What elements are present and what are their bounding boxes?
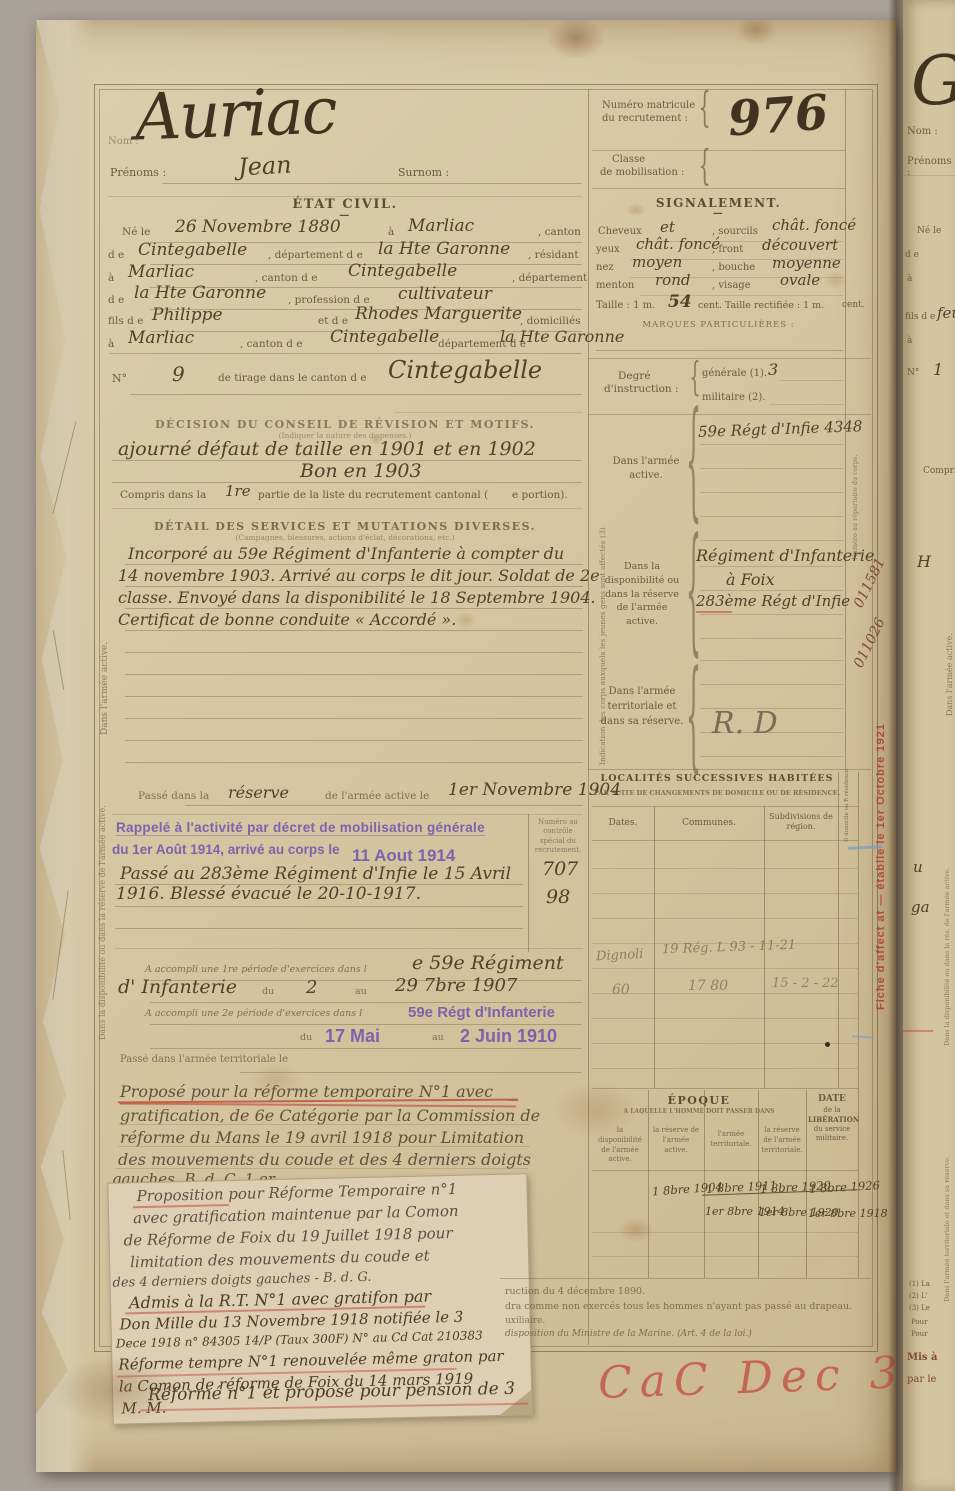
rule	[700, 684, 843, 685]
periode2-debut-stamp: 17 Mai	[325, 1026, 380, 1047]
nez-value: moyen	[632, 253, 682, 271]
rule	[125, 740, 583, 741]
residant-label: , résidant	[528, 249, 579, 261]
sourcils-value: chât. foncé	[772, 216, 856, 234]
rule	[700, 660, 843, 661]
departement-label: , département	[512, 272, 587, 284]
compris-value: 1re	[225, 482, 251, 500]
localites-title: LOCALITÉS SUCCESSIVES HABITÉES	[592, 773, 842, 784]
pencil-note3: 60	[612, 982, 630, 998]
date-header4: du service	[808, 1125, 856, 1133]
rule	[118, 1124, 530, 1125]
rule	[592, 893, 858, 894]
de-label: d e	[108, 294, 124, 306]
next-side-territoriale: Dans l'armée territoriale et dans sa rés…	[943, 1156, 951, 1302]
epoque-col4: la réserve de l'armée territoriale.	[760, 1126, 804, 1155]
tirage-label: de tirage dans le canton d e	[218, 372, 367, 384]
rule	[240, 1072, 582, 1073]
next-compris: Compri	[923, 466, 955, 476]
compris-label: Compris dans la	[120, 489, 206, 501]
col-subdivisions: Subdivisions de région.	[766, 812, 836, 833]
au-label: au	[432, 1032, 444, 1043]
rule	[592, 806, 858, 807]
rule	[112, 508, 582, 509]
compris-label3: e portion).	[512, 489, 568, 501]
menton-label: menton	[596, 280, 634, 291]
next-a: à	[907, 274, 912, 284]
compris-label2: partie de la liste du recrutement canton…	[258, 489, 488, 501]
instruction-militaire-label: militaire (2).	[702, 392, 765, 403]
date-header2: de la	[808, 1106, 856, 1114]
matricule-value: 976	[726, 85, 830, 148]
rule	[125, 762, 583, 763]
decision-line2: Bon en 1903	[300, 460, 422, 482]
next-nom-label: Nom :	[907, 126, 938, 137]
canton-label: , canton	[538, 226, 581, 238]
rule	[125, 718, 583, 719]
armee-active-label: Dans l'armée active.	[608, 455, 684, 483]
reforme-line3: réforme du Mans le 19 avril 1918 pour Li…	[120, 1128, 524, 1147]
rule	[125, 652, 583, 653]
dispo-corps3: 283ème Régt d'Infie	[696, 592, 850, 610]
periode1-infanterie: d' Infanterie	[118, 976, 237, 998]
yeux-value: chât. foncé	[636, 235, 720, 253]
residence: Marliac	[128, 262, 194, 282]
rule	[700, 638, 843, 639]
front-label: , front	[712, 244, 743, 255]
col-domicile-residence: D domicile ou R résidence.	[844, 767, 850, 842]
nez-label: nez	[596, 262, 614, 273]
a-label: à	[108, 338, 114, 350]
passe-label2: de l'armée active le	[325, 790, 429, 802]
footer-line4: disposition du Ministre de la Marine. (A…	[505, 1329, 752, 1339]
rule	[185, 805, 583, 806]
rule	[838, 772, 839, 1088]
brace: {	[686, 648, 701, 788]
residence-canton: Cintegabelle	[348, 261, 457, 281]
rule	[115, 948, 583, 949]
rule	[592, 188, 845, 189]
localites-subtitle: PAR SUITE DE CHANGEMENTS DE DOMICILE OU …	[592, 789, 842, 797]
next-pour2: Pour	[911, 1330, 928, 1338]
domicile-canton: Cintegabelle	[330, 327, 439, 347]
territoriale-corps-label: Dans l'armée territoriale et dans sa rés…	[600, 684, 684, 729]
reforme-line2: gratification, de 6e Catégorie par la Co…	[120, 1106, 540, 1125]
taille-value: 54	[668, 292, 692, 312]
next-hw-fragment: u	[913, 858, 923, 876]
column-divider	[588, 89, 589, 1345]
rule	[648, 1090, 649, 1278]
rule	[592, 1043, 858, 1044]
services-line2: 14 novembre 1903. Arrivé au corps le dit…	[118, 566, 600, 585]
a-label: à	[388, 226, 394, 238]
periode1-label: A accompli une 1re période d'exercices d…	[145, 964, 367, 975]
no-label: N°	[112, 372, 127, 385]
next-fils: fils d e	[905, 312, 935, 322]
reforme-line1: Proposé pour la réforme temporaire N°1 a…	[120, 1082, 493, 1101]
rule	[592, 918, 858, 919]
residence-dept: la Hte Garonne	[134, 283, 266, 303]
cheveux-value: et	[660, 218, 675, 236]
rule	[150, 1002, 582, 1003]
next-page-strip: G Nom : Prénoms : Né le d e à fils d e f…	[903, 0, 955, 1491]
rule	[588, 769, 871, 770]
matricule-label: Numéro matricule	[602, 100, 695, 111]
rule	[528, 814, 529, 952]
rule	[780, 380, 843, 381]
rule	[770, 404, 843, 405]
du-label: du	[300, 1032, 312, 1043]
controle-header: Numéro au contrôle spécial du recrutemen…	[530, 818, 586, 856]
birth-dept: la Hte Garonne	[378, 239, 510, 259]
birth-canton: Cintegabelle	[138, 240, 247, 260]
territoriale-value: R. D	[712, 706, 778, 741]
note-line5: des 4 derniers doigts gauches - B. d. G.	[112, 1270, 371, 1291]
tirage-canton: Cintegabelle	[388, 356, 542, 384]
rule	[592, 1018, 858, 1019]
cent-label: cent.	[842, 300, 865, 310]
rule	[700, 614, 843, 615]
fiche-stamp: Fiche d'affect at — établie le 1er Octob…	[875, 723, 887, 1010]
epoque-col3: l'armée territoriale.	[706, 1130, 756, 1150]
next-pour1: Pour	[911, 1318, 928, 1326]
epoque-col2: la réserve de l'armée active.	[650, 1126, 702, 1155]
footer-line1: ruction du 4 décembre 1890.	[505, 1286, 645, 1297]
du-label: du	[262, 986, 274, 997]
rule	[700, 516, 843, 517]
ink-dot	[825, 1042, 830, 1047]
instruction-generale-value: 3	[768, 360, 778, 379]
rule	[700, 540, 843, 541]
classe-label: Classe	[612, 154, 645, 165]
next-a2: à	[907, 336, 912, 346]
next-footnote2: (2) L'	[909, 1292, 928, 1300]
rule	[130, 394, 582, 395]
epoque-subtitle: À LAQUELLE L'HOMME DOIT PASSER DANS	[592, 1108, 806, 1115]
dispo-corps1: Régiment d'Infanterie	[696, 546, 875, 565]
note-line4: limitation des mouvements du coude et	[130, 1247, 430, 1272]
next-ne-le: Né le	[917, 226, 941, 236]
rule	[115, 906, 523, 907]
services-line4: Certificat de bonne conduite « Accordé »…	[118, 610, 456, 629]
rule	[592, 868, 858, 869]
decision-line1: ajourné défaut de taille en 1901 et en 1…	[118, 438, 536, 460]
rule	[592, 840, 858, 841]
surname-script: Auriac	[134, 75, 337, 156]
rule	[118, 1146, 530, 1147]
menton-value: rond	[655, 271, 690, 289]
mother-name: Rhodes Marguerite	[355, 304, 522, 324]
next-side-dispo: Dans la disponibilité ou dans la rés. de…	[943, 868, 951, 1046]
mobilisation-stamp1: Rappelé à l'activité par décret de mobil…	[116, 820, 485, 836]
prenoms-label: Prénoms :	[110, 166, 166, 179]
services-subtitle: (Campagnes, blessures, actions d'éclat, …	[110, 533, 580, 542]
prenoms-value: Jean	[237, 151, 292, 182]
visage-value: ovale	[780, 271, 820, 289]
next-de: d e	[905, 250, 919, 260]
domicile: Marliac	[128, 328, 194, 348]
territoriale-label: Passé dans l'armée territoriale le	[120, 1054, 288, 1065]
pencil-note1: Dignoli	[596, 947, 644, 964]
services-line3: classe. Envoyé dans la disponibilité le …	[118, 588, 596, 607]
nom-label: Nom :	[108, 136, 139, 147]
bouche-value: moyenne	[772, 254, 841, 272]
scanned-military-register: Auriac Nom : Prénoms : Jean Surnom : Num…	[0, 0, 955, 1491]
rule	[500, 1278, 871, 1279]
next-no: N°	[907, 368, 919, 378]
rule	[592, 1232, 858, 1233]
epoque-title: ÉPOQUE	[592, 1094, 806, 1107]
next-no-value: 1	[933, 360, 943, 379]
rule	[700, 468, 843, 469]
side-label-disponibilite: Dans la disponibilité ou dans la réserve…	[98, 805, 107, 1040]
passe-label: Passé dans la	[138, 790, 209, 802]
note-line3: de Réforme de Foix du 19 Juillet 1918 po…	[123, 1224, 452, 1249]
epoque-value7: 1er 8bre 1918	[808, 1207, 888, 1220]
controle-number1: 707	[542, 858, 578, 880]
classe-label2: de mobilisation :	[600, 167, 684, 178]
periode2-fin-stamp: 2 Juin 1910	[460, 1026, 557, 1047]
pencil-note5: 15 - 2 - 22	[772, 976, 839, 991]
rule	[700, 756, 843, 757]
rule	[125, 586, 583, 587]
rule	[116, 1168, 528, 1169]
et-de-label: et d e	[318, 315, 348, 327]
date-header3: LIBÉRATION	[808, 1115, 856, 1124]
side-label-armee-active: Dans l'armée active.	[100, 642, 110, 735]
rule	[125, 608, 583, 609]
rule	[700, 492, 843, 493]
birth-place: Marliac	[408, 216, 474, 236]
rule	[700, 444, 843, 445]
birth-date: 26 Novembre 1880	[175, 217, 341, 237]
rule	[592, 150, 845, 151]
de-label: d e	[108, 249, 124, 261]
repertoire-label: Numéro au répertoire du corps.	[851, 455, 859, 560]
next-hw-fragment: ga	[911, 898, 930, 916]
ne-le-label: Né le	[122, 226, 150, 238]
rule	[162, 183, 582, 184]
taille-rectifiee-label: cent. Taille rectifiée : 1 m.	[698, 300, 824, 311]
next-footnote1: (1) La	[909, 1280, 930, 1288]
rule	[150, 1024, 582, 1025]
canton-label: , canton d e	[240, 338, 303, 350]
degre-label: Degré	[618, 370, 651, 382]
rule	[125, 696, 583, 697]
reforme-line4: des mouvements du coude et des 4 dernier…	[118, 1150, 531, 1169]
instruction-label: d'instruction :	[604, 383, 679, 395]
rule	[903, 175, 955, 176]
next-par-label: par le	[907, 1374, 936, 1385]
periode1-regiment: e 59e Régiment	[412, 952, 564, 974]
rule	[592, 1068, 858, 1069]
rule	[700, 590, 843, 591]
domicilies-label: , domiciliés	[520, 315, 581, 327]
mobilisation-stamp2: du 1er Août 1914, arrivé au corps le	[112, 842, 340, 857]
instruction-generale-label: générale (1).	[702, 368, 767, 379]
rule	[125, 674, 583, 675]
controle-number2: 98	[546, 886, 570, 908]
periode1-debut: 2	[306, 977, 317, 998]
brace: {	[699, 84, 711, 132]
rule	[700, 566, 843, 567]
au-label: au	[355, 986, 367, 997]
rule	[112, 482, 582, 483]
next-footnote3: (3) Le	[909, 1304, 930, 1312]
periode1-fin: 29 7bre 1907	[395, 975, 517, 996]
rule	[592, 1088, 858, 1089]
profession: cultivateur	[398, 284, 492, 304]
rule	[395, 412, 582, 413]
rule	[592, 1256, 858, 1257]
brace: {	[699, 142, 711, 190]
bouche-label: , bouche	[712, 262, 755, 273]
epoque-col1: la disponibilité de l'armée active.	[594, 1126, 646, 1165]
rule	[588, 414, 871, 415]
next-page-initial: G	[911, 42, 955, 121]
rule	[150, 1048, 582, 1049]
col-communes: Communes.	[656, 818, 762, 828]
red-underline	[903, 1030, 933, 1032]
note-line1: Proposition pour Réforme Temporaire n°1	[136, 1180, 457, 1205]
rule	[596, 350, 843, 351]
rule	[592, 968, 858, 969]
mobilisation-line1: Passé au 283ème Régiment d'Infie le 15 A…	[120, 864, 511, 884]
rule	[654, 806, 655, 1088]
decision-title: DÉCISION DU CONSEIL DE RÉVISION ET MOTIF…	[110, 418, 580, 431]
footer-line3: uxiliaire.	[505, 1316, 545, 1326]
next-hw-fragment: H	[917, 552, 931, 571]
next-side-active: Dans l'armée active.	[945, 633, 954, 716]
services-line1: Incorporé au 59e Régiment d'Infanterie à…	[128, 544, 564, 563]
taille-label: Taille : 1 m.	[596, 300, 655, 311]
passe-value: réserve	[228, 783, 289, 802]
dispo-label: Dans la disponibilité ou dans la réserve…	[600, 560, 684, 629]
rule	[588, 358, 871, 359]
col-dates: Dates.	[594, 818, 652, 828]
date-header: DATE	[808, 1094, 856, 1104]
footer-line2: dra comme non exercés tous les hommes n'…	[505, 1301, 852, 1312]
rule	[125, 630, 583, 631]
fils-de-label: fils d e	[108, 315, 143, 327]
pencil-note4: 17 80	[688, 978, 728, 994]
red-underline	[696, 611, 732, 613]
matricule-label2: du recrutement :	[602, 113, 688, 124]
surnom-label: Surnom :	[398, 166, 449, 179]
rule	[125, 564, 583, 565]
services-title: DÉTAIL DES SERVICES ET MUTATIONS DIVERSE…	[110, 520, 580, 533]
dispo-corps2: à Foix	[726, 570, 775, 589]
rule	[110, 353, 582, 354]
mobilisation-stamp-date: 11 Aout 1914	[352, 846, 455, 866]
a-label: à	[108, 272, 114, 284]
periode2-label: A accompli une 2e période d'exercices da…	[145, 1008, 362, 1019]
rule	[592, 1170, 858, 1171]
next-fils-value: feu	[937, 304, 955, 322]
periode2-regiment-stamp: 59e Régt d'Infanterie	[408, 1004, 555, 1021]
tirage-number: 9	[172, 362, 185, 386]
rule	[112, 814, 582, 815]
departement-label: , département d e	[268, 249, 363, 261]
visage-label: , visage	[712, 280, 751, 291]
mobilisation-line2: 1916. Blessé évacué le 20-10-1917.	[116, 884, 421, 904]
date-header5: militaire.	[808, 1134, 856, 1142]
yeux-label: yeux	[596, 244, 620, 255]
front-value: découvert	[762, 236, 838, 254]
rule	[115, 928, 523, 929]
father-name: Philippe	[152, 305, 223, 325]
marques-label: MARQUES PARTICULIÈRES :	[592, 320, 845, 330]
next-mis-label: Mis à	[907, 1352, 937, 1363]
